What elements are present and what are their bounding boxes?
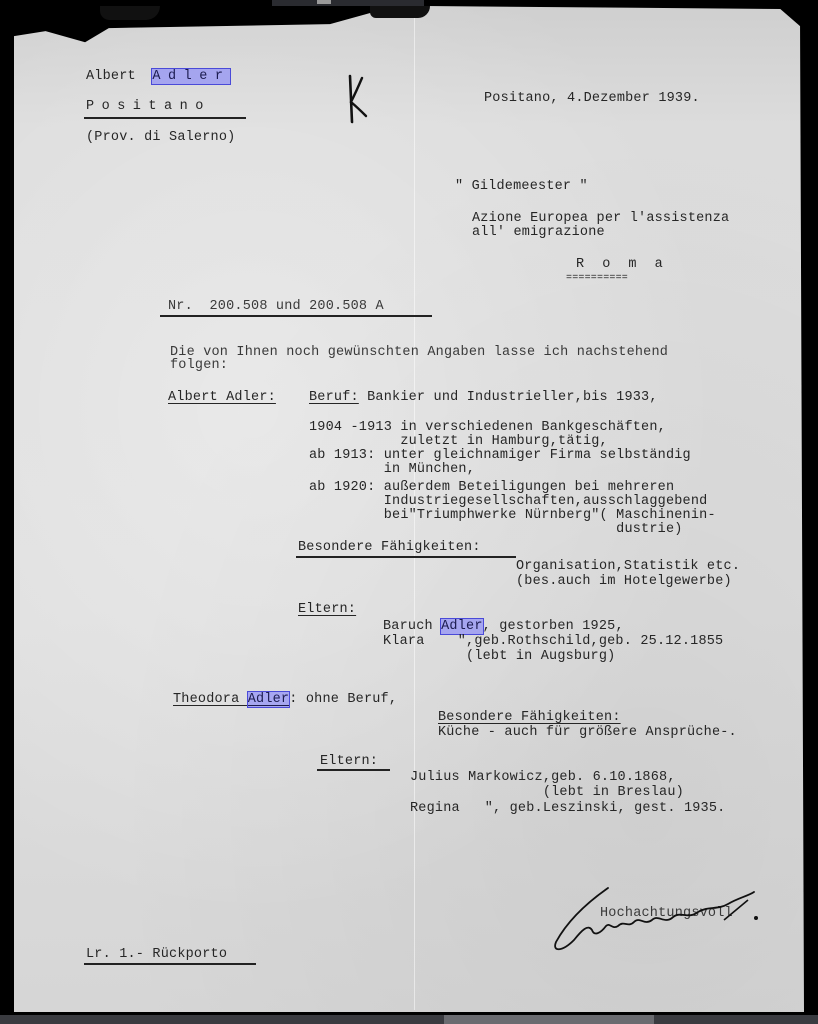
person2-parent-line: (lebt in Breslau) (410, 786, 684, 800)
sender-name: Albert Adler (86, 70, 230, 84)
person2-beruf: : ohne Beruf, (289, 692, 397, 707)
person1-mother: Klara ",geb.Rothschild,geb. 25.12.1855 (383, 635, 723, 649)
person2-parent-line: Julius Markowicz,geb. 6.10.1868, (410, 771, 676, 785)
torn-edge (370, 6, 430, 18)
torn-edge (100, 6, 160, 20)
person2-skills-label: Besondere Fähigkeiten: (438, 711, 621, 725)
recipient-name: " Gildemeester " (455, 180, 588, 194)
skills-underline (296, 556, 516, 558)
person2-parent-line: Regina ", geb.Leszinski, gest. 1935. (410, 802, 725, 816)
scrollbar-thumb[interactable] (444, 1015, 654, 1024)
sender-city-underline (84, 117, 246, 119)
intro-line-2: folgen: (170, 359, 228, 373)
person2-label: Theodora Adler: ohne Beruf, (173, 693, 397, 707)
search-highlight[interactable]: Adler (248, 692, 290, 707)
reference-number: Nr. 200.508 und 200.508 A (168, 300, 384, 314)
person1-beruf: Beruf: Bankier und Industrieller,bis 193… (309, 391, 658, 405)
search-highlight[interactable]: Adler (152, 69, 230, 84)
career-line: zuletzt in Hamburg,tätig, (309, 435, 608, 449)
career-line: ab 1920: außerdem Beteiligungen bei mehr… (309, 481, 674, 495)
person1-parents-label: Eltern: (298, 603, 356, 617)
career-line: in München, (309, 463, 475, 477)
person2-parents-label: Eltern: (320, 755, 378, 769)
person1-skill-line: Organisation,Statistik etc. (516, 560, 740, 574)
person2-skills: Küche - auch für größere Ansprüche-. (438, 726, 737, 740)
reference-underline (160, 315, 432, 317)
person1-father: Baruch Adler, gestorben 1925, (383, 620, 624, 634)
sender-province: (Prov. di Salerno) (86, 131, 235, 145)
career-line: bei"Triumphwerke Nürnberg"( Maschinenin- (309, 509, 716, 523)
beruf-label: Beruf: (309, 390, 359, 405)
father-details: , gestorben 1925, (483, 619, 624, 634)
beruf-text: Bankier und Industrieller,bis 1933, (359, 390, 658, 405)
recipient-city: R o m a (576, 258, 668, 272)
enclosure-note: Lr. 1.- Rückporto (86, 948, 227, 962)
signature (548, 880, 768, 960)
recipient-org-line1: Azione Europea per l'assistenza (472, 212, 729, 226)
intro-line-1: Die von Ihnen noch gewünschten Angaben l… (170, 346, 668, 360)
recipient-org-line2: all' emigrazione (472, 226, 605, 240)
handwritten-k-mark (346, 74, 370, 126)
place-date: Positano, 4.Dezember 1939. (484, 92, 700, 106)
enclosure-underline (84, 963, 256, 965)
person1-skills-label: Besondere Fähigkeiten: (298, 541, 481, 555)
tab-grip[interactable] (317, 0, 331, 4)
recipient-city-rule: ========== (566, 272, 628, 286)
sender-city: Positano (86, 100, 211, 114)
horizontal-scrollbar[interactable] (0, 1015, 818, 1024)
career-line: dustrie) (309, 523, 683, 537)
career-line: Industriegesellschaften,ausschlaggebend (309, 495, 707, 509)
person1-skill-line: (bes.auch im Hotelgewerbe) (516, 575, 732, 589)
parents-underline (317, 769, 390, 771)
person2-first-name: Theodora (173, 692, 248, 707)
career-line: ab 1913: unter gleichnamiger Firma selbs… (309, 449, 691, 463)
career-line: 1904 -1913 in verschiedenen Bankgeschäft… (309, 421, 666, 435)
sender-first-name: Albert (86, 69, 136, 84)
father-first-name: Baruch (383, 619, 441, 634)
search-highlight[interactable]: Adler (441, 619, 483, 634)
person1-label: Albert Adler: (168, 391, 276, 405)
person1-mother-note: (lebt in Augsburg) (383, 650, 615, 664)
